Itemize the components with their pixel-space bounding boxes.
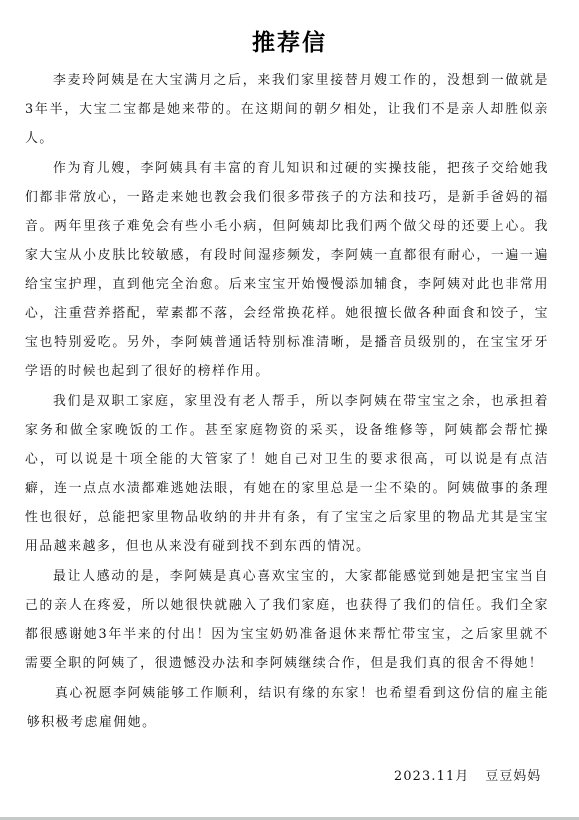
signature-date: 2023.11月 — [394, 769, 469, 784]
paragraph-housework: 我们是双职工家庭，家里没有老人帮手，所以李阿姨在带宝宝之余，也承担着家务和做全家… — [25, 387, 549, 561]
letter-body: 李麦玲阿姨是在大宝满月之后，来我们家里接替月嫂工作的，没想到一做就是3年半，大宝… — [25, 66, 549, 738]
paragraph-wishes: 真心祝愿李阿姨能够工作顺利，结识有缘的东家！也希望看到这份信的雇主能够积极考虑雇… — [25, 679, 549, 737]
paragraph-skills: 作为育儿嫂，李阿姨具有丰富的育儿知识和过硬的实操技能，把孩子交给她我们都非常放心… — [25, 154, 549, 386]
paragraph-intro: 李麦玲阿姨是在大宝满月之后，来我们家里接替月嫂工作的，没想到一做就是3年半，大宝… — [25, 66, 549, 153]
document-page: 推荐信 李麦玲阿姨是在大宝满月之后，来我们家里接替月嫂工作的，没想到一做就是3年… — [0, 0, 579, 820]
signature-author: 豆豆妈妈 — [485, 769, 541, 784]
paragraph-gratitude: 最让人感动的是，李阿姨是真心喜欢宝宝的，大家都能感觉到她是把宝宝当自己的亲人在疼… — [25, 562, 549, 678]
signature-block: 2023.11月豆豆妈妈 — [394, 765, 541, 784]
letter-title: 推荐信 — [0, 24, 579, 57]
